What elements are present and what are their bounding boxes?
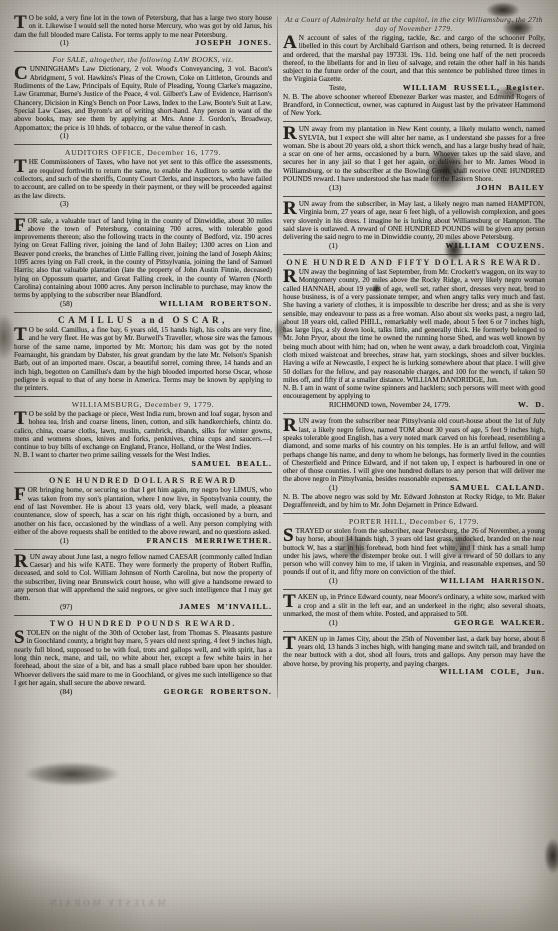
signature-row: (1)FRANCIS MERRIWETHER. (14, 537, 272, 546)
drop-cap: T (14, 326, 29, 342)
ad-heading: TWO HUNDRED POUNDS REWARD. (14, 619, 272, 628)
ad-paragraph: RUN away from my plantation in New Kent … (283, 125, 545, 183)
ad: FOR sale, a valuable tract of land lying… (14, 217, 272, 309)
newspaper-column-right: At a Court of Admiralty held at the capi… (283, 14, 545, 698)
ad-text: UN away from the subscriber, in May last… (283, 200, 545, 241)
signature-mark: (97) (60, 603, 72, 612)
signature-name: JOSEPH JONES. (195, 39, 272, 48)
newspaper-column-left: TO be sold, a very fine lot in the town … (14, 14, 272, 698)
signature-row: (13)JOHN BAILEY (283, 184, 545, 193)
ad: RUN away from the subscriber, in May las… (283, 200, 545, 251)
ad-heading: For SALE, altogether, the following LAW … (14, 55, 272, 64)
signature-name: WILLIAM COUZENS. (446, 242, 545, 251)
column-rule (277, 16, 278, 698)
ad-paragraph: RUN away from the subscriber near Pittsy… (283, 417, 545, 483)
signature-row: (1) (14, 132, 272, 141)
signature-row: (97)JAMES M'INVAILL. (14, 603, 272, 612)
ad-heading: CAMILLUS and OSCAR, (14, 316, 272, 325)
drop-cap: A (283, 34, 299, 50)
ink-stain (544, 838, 558, 874)
ad-paragraph: AN account of sales of the rigging, tack… (283, 34, 545, 84)
signature-mark: (1) (60, 39, 69, 48)
signature-mark: (3) (60, 200, 69, 209)
signature-row: (1)WILLIAM COUZENS. (283, 242, 545, 251)
ad-paragraph: FOR bringing home, or securing so that I… (14, 486, 272, 536)
signature-row: (1)SAMUEL CALLAND. (283, 484, 545, 493)
signature-row: SAMUEL BEALL. (14, 460, 272, 469)
ad-paragraph: FOR sale, a valuable tract of land lying… (14, 217, 272, 300)
ad: TWO HUNDRED POUNDS REWARD.STOLEN on the … (14, 619, 272, 696)
drop-cap: T (14, 410, 29, 426)
ad-paragraph: RUN away about June last, a negro fellow… (14, 553, 272, 603)
ad: ONE HUNDRED DOLLARS REWARDFOR bringing h… (14, 476, 272, 545)
section-divider (14, 312, 272, 313)
drop-cap: T (283, 593, 298, 609)
ad-paragraph: THE Commissioners of Taxes, who have not… (14, 158, 272, 199)
ad: For SALE, altogether, the following LAW … (14, 55, 272, 140)
signature-name: FRANCIS MERRIWETHER. (146, 537, 272, 546)
section-divider (14, 144, 272, 145)
signature-row: (3) (14, 200, 272, 209)
signature-mark: (1) (329, 577, 338, 586)
signature-mark: (1) (60, 537, 69, 546)
ad-paragraph: TAKEN up in James City, about the 25th o… (283, 635, 545, 668)
drop-cap: T (14, 14, 29, 30)
section-divider (283, 413, 545, 414)
section-divider (14, 213, 272, 214)
signature-mark: (84) (60, 688, 72, 697)
signature-name: SAMUEL BEALL. (191, 460, 272, 469)
ad-paragraph: N. B. I am in want of some twine spinner… (283, 384, 545, 401)
section-divider (283, 196, 545, 197)
ad-text: O be sold by the package or piece, West … (14, 410, 272, 451)
signature-name: GEORGE WALKER. (454, 619, 545, 628)
signature-name: SAMUEL CALLAND. (450, 484, 545, 493)
ad: CAMILLUS and OSCAR,TO be sold. Camillus,… (14, 316, 272, 392)
signature-row: (58)WILLIAM ROBERTSON. (14, 300, 272, 309)
ad-paragraph: TO be sold, a very fine lot in the town … (14, 14, 272, 39)
ad-text: OR bringing home, or securing so that I … (14, 486, 272, 535)
ad-heading: ONE HUNDRED AND FIFTY DOLLARS REWARD. (283, 258, 545, 267)
section-divider (283, 589, 545, 590)
ad-text: UNNINGHAM's Law Dictionary, 2 vol. Wood'… (14, 65, 272, 131)
signature-name: JOHN BAILEY (476, 184, 545, 193)
signature-row: WILLIAM COLE, Jun. (283, 668, 545, 677)
signature-row: (1)JOSEPH JONES. (14, 39, 272, 48)
signature-mark: (1) (60, 132, 69, 141)
section-divider (14, 549, 272, 550)
signature-mark: (58) (60, 300, 72, 309)
signature-row: Teste,WILLIAM RUSSELL, Register. (283, 84, 545, 93)
bleed-through-text: MAJESTY MORAIN (16, 898, 166, 908)
ad: RUN away about June last, a negro fellow… (14, 553, 272, 612)
drop-cap: S (14, 629, 27, 645)
signature-name: WILLIAM RUSSELL, Register. (403, 84, 545, 93)
columns-wrapper: TO be sold, a very fine lot in the town … (0, 0, 558, 698)
signature-mark: (13) (329, 184, 341, 193)
ad-paragraph: TAKEN up, in Prince Edward county, near … (283, 593, 545, 618)
signature-row: (84)GEORGE ROBERTSON. (14, 688, 272, 697)
signature-name: WILLIAM ROBERTSON. (159, 300, 272, 309)
signature-name: WILLIAM HARRISON. (440, 577, 545, 586)
signature-mark: RICHMOND town, November 24, 1779. (329, 401, 450, 410)
ink-smear (24, 762, 120, 786)
section-divider (14, 615, 272, 616)
drop-cap: F (14, 217, 28, 233)
ad-text: O be sold, a very fine lot in the town o… (14, 14, 272, 39)
ad-text: HE Commissioners of Taxes, who have not … (14, 158, 272, 199)
signature-name: JAMES M'INVAILL. (179, 603, 272, 612)
signature-row: RICHMOND town, November 24, 1779.W. D. (283, 401, 545, 410)
drop-cap: S (283, 527, 296, 543)
ad-text: UN away the beginning of last September,… (283, 268, 545, 384)
ad: TAKEN up in James City, about the 25th o… (283, 635, 545, 677)
drop-cap: T (14, 158, 29, 174)
drop-cap: R (283, 200, 299, 216)
signature-mark: Teste, (329, 84, 346, 93)
signature-name: W. D. (518, 401, 545, 410)
ad-paragraph: TO be sold. Camillus, a fine bay, 6 year… (14, 326, 272, 392)
ad-paragraph: N. B. The above schooner whereof Ebeneze… (283, 93, 545, 118)
drop-cap: R (283, 125, 299, 141)
section-divider (14, 51, 272, 52)
ad-heading: AUDITORS OFFICE, December 16, 1779. (14, 148, 272, 157)
ad-text: OR sale, a valuable tract of land lying … (14, 217, 272, 300)
ad-heading: At a Court of Admiralty held at the capi… (283, 15, 545, 33)
ad-text: TRAYED or stolen from the subscriber, ne… (283, 527, 545, 576)
ad-text: UN away from my plantation in New Kent c… (283, 125, 545, 183)
signature-mark: (1) (329, 484, 338, 493)
ad: AUDITORS OFFICE, December 16, 1779.THE C… (14, 148, 272, 209)
ad-paragraph: TO be sold by the package or piece, West… (14, 410, 272, 451)
ad-paragraph: RUN away from the subscriber, in May las… (283, 200, 545, 241)
section-divider (283, 513, 545, 514)
ad: RUN away from the subscriber near Pittsy… (283, 417, 545, 509)
ad: RUN away from my plantation in New Kent … (283, 125, 545, 192)
signature-name: WILLIAM COLE, Jun. (439, 668, 545, 677)
signature-row: (1)WILLIAM HARRISON. (283, 577, 545, 586)
section-divider (14, 472, 272, 473)
ad-text: N. B. I am in want of some twine spinner… (283, 384, 545, 400)
ad-paragraph: STOLEN on the night of the 30th of Octob… (14, 629, 272, 687)
ad-text: N. B. I want to charter two prime sailin… (14, 451, 211, 459)
ad: At a Court of Admiralty held at the capi… (283, 15, 545, 118)
drop-cap: T (283, 635, 298, 651)
ad-heading: WILLIAMSBURG, December 9, 1779. (14, 400, 272, 409)
section-divider (283, 254, 545, 255)
ad-paragraph: RUN away the beginning of last September… (283, 268, 545, 384)
ad: TAKEN up, in Prince Edward county, near … (283, 593, 545, 627)
section-divider (283, 631, 545, 632)
section-divider (283, 121, 545, 122)
ad-text: O be sold. Camillus, a fine bay, 6 years… (14, 326, 272, 392)
ad-text: UN away from the subscriber near Pittsyl… (283, 417, 545, 483)
drop-cap: F (14, 486, 28, 502)
drop-cap: R (283, 417, 299, 433)
ad-text: AKEN up in James City, about the 25th of… (283, 635, 545, 668)
drop-cap: R (14, 553, 30, 569)
signature-mark: (1) (329, 242, 338, 251)
page-corner-shadow (0, 851, 150, 931)
ad-paragraph: N. B. The above negro was sold by Mr. Ed… (283, 493, 545, 510)
ad-text: TOLEN on the night of the 30th of Octobe… (14, 629, 272, 687)
drop-cap: R (283, 268, 299, 284)
ad-heading: PORTER HILL, December 6, 1779. (283, 517, 545, 526)
ad-text: N. B. The above negro was sold by Mr. Ed… (283, 493, 545, 509)
signature-name: GEORGE ROBERTSON. (163, 688, 272, 697)
ad: WILLIAMSBURG, December 9, 1779.TO be sol… (14, 400, 272, 469)
ad: TO be sold, a very fine lot in the town … (14, 14, 272, 48)
ad-text: UN away about June last, a negro fellow … (14, 553, 272, 602)
ad-paragraph: STRAYED or stolen from the subscriber, n… (283, 527, 545, 577)
ad-text: AKEN up, in Prince Edward county, near M… (283, 593, 545, 618)
ad: PORTER HILL, December 6, 1779.STRAYED or… (283, 517, 545, 586)
newspaper-page: TO be sold, a very fine lot in the town … (0, 0, 558, 931)
ad-paragraph: CUNNINGHAM's Law Dictionary, 2 vol. Wood… (14, 65, 272, 131)
drop-cap: C (14, 65, 30, 81)
section-divider (14, 396, 272, 397)
ad-text: N account of sales of the rigging, tackl… (283, 34, 545, 83)
ad-heading: ONE HUNDRED DOLLARS REWARD (14, 476, 272, 485)
ad-text: N. B. The above schooner whereof Ebeneze… (283, 93, 545, 118)
signature-mark: (1) (329, 619, 338, 628)
ad: ONE HUNDRED AND FIFTY DOLLARS REWARD.RUN… (283, 258, 545, 410)
signature-row: (1)GEORGE WALKER. (283, 619, 545, 628)
